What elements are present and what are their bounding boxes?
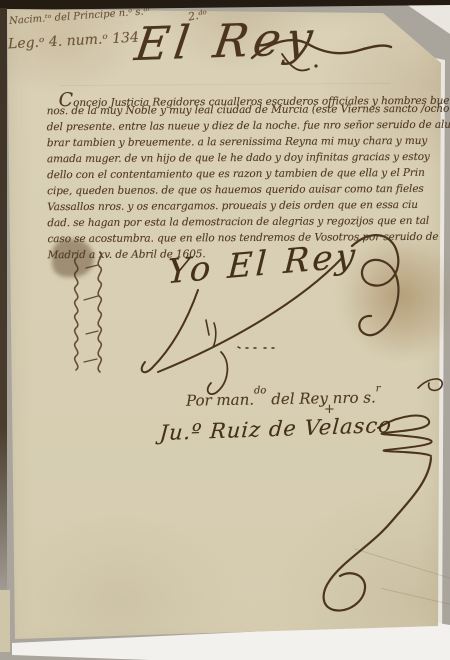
body-line: dello con el contentamiento que es razon… [47, 167, 425, 181]
body-line: brar tambien y breuemente. a la sereniss… [47, 135, 427, 149]
binding-edge-bottom [0, 590, 10, 652]
royal-heading: El Rey [132, 11, 321, 71]
body-line: cipe, queden buenos. de que os hauemos q… [47, 183, 424, 197]
body-line: dad. se hagan por esta la demostracion d… [47, 215, 429, 229]
scanned-manuscript-photo: Nacim.ᵗᵒ del Principe n.ᵒ s.ᵒʳ Leg.ᵒ 4. … [0, 0, 450, 660]
binding-edge [0, 8, 7, 608]
body-line: del presente. entre las nueue y diez de … [47, 119, 450, 134]
formula-sup2: r [376, 383, 381, 394]
body-line: amada muger. de vn hijo de que le he dad… [47, 151, 430, 165]
formula-sup1: do [254, 385, 267, 396]
secretary-formula: Por man.do del Rey nro s.r [186, 388, 381, 409]
formula-mid: del Rey nro s. [266, 388, 376, 408]
body-line: Vassallos nros. y os encargamos. proueai… [47, 199, 418, 213]
formula-pre: Por man. [186, 391, 254, 410]
body-line: caso se acostumbra. que en ello nos tend… [47, 231, 438, 245]
body-line: nos. de la muy Noble y muy leal ciudad d… [47, 103, 450, 117]
